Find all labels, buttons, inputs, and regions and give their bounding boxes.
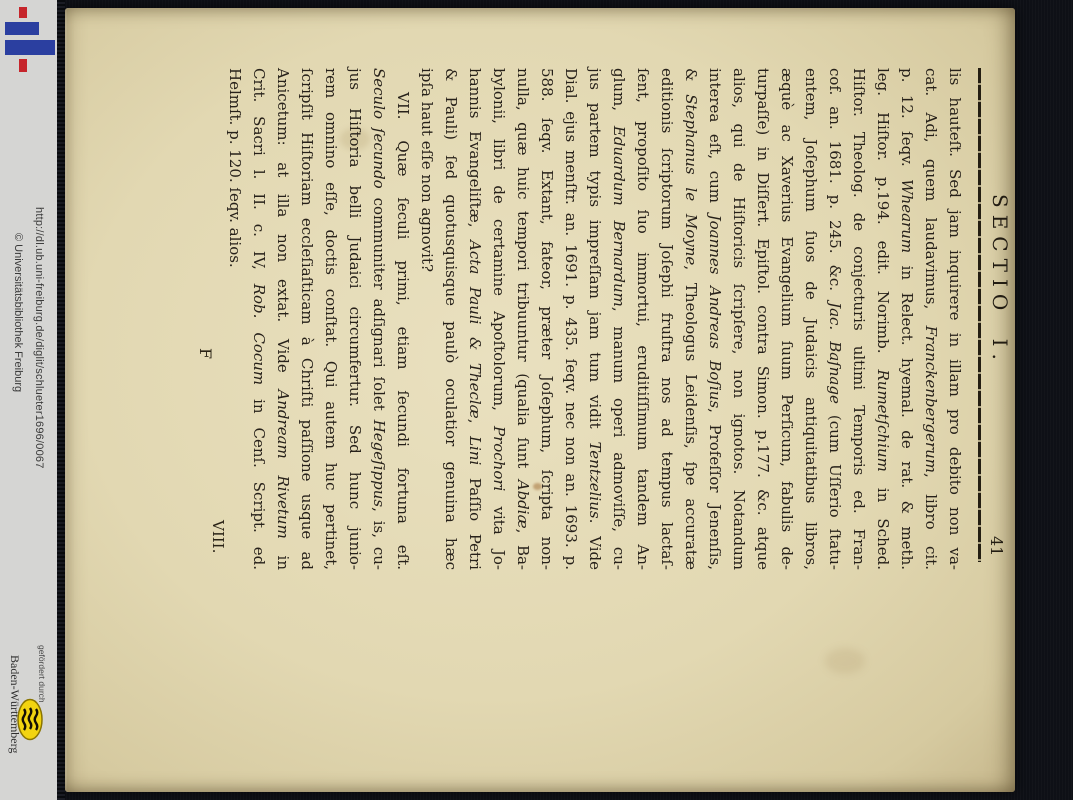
text-line: glum, Eduardum Bernardum, manum operi ad… (607, 68, 631, 570)
text-line: hannis Evangeliſtæ, Acta Pauli & Theclæ,… (463, 68, 487, 570)
text-line: alios, qui de Hiſtoricis ſcripſere, non … (727, 68, 751, 570)
text-line: ſent, propoſito ſuo immortui, eruditiſſi… (631, 68, 655, 570)
text-line: nulla, quæ huic tempori tribuuntur (qual… (511, 68, 535, 570)
copyright-notice: © Universitätsbibliothek Freiburg (12, 233, 24, 392)
book-page-scan: SECTIO I. 41 lis hauteſt. Sed jam inquir… (65, 8, 1015, 792)
text-line: interea eſt, cum Joannes Andreas Boſius,… (703, 68, 727, 570)
rotated-page-content: SECTIO I. 41 lis hauteſt. Sed jam inquir… (65, 8, 1015, 792)
text-line: bylonii, libri de certamine Apoſtolorum,… (487, 68, 511, 570)
text-line: jus Hiſtoria belli Judaici circumfertur.… (343, 68, 367, 570)
funding-region: Baden-Württemberg (7, 655, 22, 753)
text-line: turpaſſe) in Diſſert. Epiſtol. contra Si… (751, 68, 775, 570)
text-line: & Pauli) ſed quotusquisque paulò oculati… (439, 68, 463, 570)
funding-note: gefördert durch (37, 645, 47, 703)
logo-blue-bar-short (5, 22, 39, 35)
header-rule (978, 68, 981, 562)
digitized-page-viewer: SECTIO I. 41 lis hauteſt. Sed jam inquir… (0, 0, 1073, 800)
text-line: & Stephanus le Moyne, Theologus Leidenſi… (679, 68, 703, 570)
text-line: Helmſt. p. 120. ſeqv. alios. (223, 68, 247, 570)
text-line: editionis ſcriptorum Joſephi fruſtra nos… (655, 68, 679, 570)
text-line: VII. Quæ ſeculi primi, etiam ſecundi for… (391, 68, 415, 570)
text-line: Seculo ſecundo communiter adſignari ſole… (367, 68, 391, 570)
text-line: cof. an. 1681. p. 245. &c. Jac. Baſnage … (823, 68, 847, 570)
running-head: SECTIO I. 41 (984, 8, 1012, 792)
catchword: VIII. (209, 520, 227, 553)
text-line: ſcripſit Hiſtoriam eccleſiaſticam à Chri… (295, 68, 319, 570)
text-line: p. 12. ſeqv. Whearum in Relect. hyemal. … (895, 68, 919, 570)
metadata-sidebar: http://dl.ub.uni-freiburg.de/diglit/schl… (0, 0, 57, 800)
text-line: entem, Joſephum ſuos de Judaicis antiqui… (799, 68, 823, 570)
section-heading: SECTIO I. (988, 194, 1012, 367)
text-line: cat. Adi, quem laudavimus, Franckenberge… (919, 68, 943, 570)
text-line: æquè ac Xaverius Evangelium ſuum Perſicu… (775, 68, 799, 570)
logo-red-square-bottom (19, 59, 27, 72)
text-line: 588. ſeqv. Extant, fateor, præter Joſeph… (535, 68, 559, 570)
book-cover-edge (57, 0, 65, 800)
text-line: lis hauteſt. Sed jam inquirere in illam … (943, 68, 967, 570)
text-line: Hiſtor. Theolog. de conjecturis ultimi T… (847, 68, 871, 570)
page-text: lis hauteſt. Sed jam inquirere in illam … (223, 68, 967, 570)
text-line: Dial. ejus menſtr. an. 1691. p. 435. ſeq… (559, 68, 583, 570)
text-line: rem omnino eſſe, doctis conſtat. Qui aut… (319, 68, 343, 570)
logo-blue-bar-long (5, 40, 55, 55)
text-line: jus partem typis impreſſam jam tum vidit… (583, 68, 607, 570)
scan-background: SECTIO I. 41 lis hauteſt. Sed jam inquir… (57, 0, 1073, 800)
uni-freiburg-logo (0, 0, 57, 80)
text-line: ipſa haut eſſe non agnovit? (415, 68, 439, 570)
text-line: leg. Hiſtor. p.194. edit. Norimb. Rumetſ… (871, 68, 895, 570)
source-url: http://dl.ub.uni-freiburg.de/diglit/schl… (33, 207, 45, 469)
text-line: Anicetum: at illa non extat. Vide Andrea… (271, 68, 295, 570)
text-line: Crit. Sacri l. II. c. IV, Rob. Cocum in … (247, 68, 271, 570)
page-number: 41 (987, 536, 1006, 556)
signature-mark: F (196, 348, 215, 359)
logo-red-square-top (19, 7, 27, 18)
